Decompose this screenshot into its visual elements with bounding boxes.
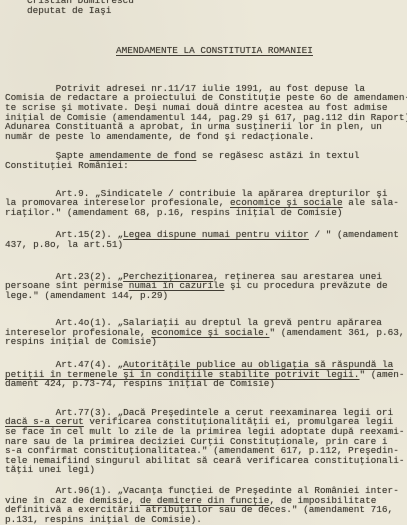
- text-line: lege." (amendament 144, p.29): [5, 291, 407, 301]
- underlined-text: Legea dispune numai pentru viitor: [123, 229, 309, 240]
- article-96: Art.96(1). „Vacanţa funcţiei de Preşedin…: [5, 486, 407, 524]
- underlined-text: economice şi sociale.: [151, 327, 269, 338]
- article-40: Art.4o(1). „Salariaţii au dreptul la gre…: [5, 318, 407, 347]
- text-line: dament 424, p.73-74, respins iniţial de …: [5, 379, 407, 389]
- text-line: număr de peste lo amendamente, de fond ş…: [5, 132, 407, 142]
- page: Cristian Dumitrescu deputat de Iaşi AMEN…: [0, 0, 407, 521]
- article-9: Art.9. „Sindicatele / contribuie la apăr…: [5, 189, 407, 218]
- article-77: Art.77(3). „Dacă Preşedintele a cerut re…: [5, 408, 407, 475]
- text-segment: " (amen-: [359, 369, 404, 380]
- article-15: Art.15(2). „Legea dispune numai pentru v…: [5, 230, 407, 249]
- text-segment: număr de peste lo amendamente, de fond ş…: [5, 131, 314, 142]
- text-line: riaţilor." (amendament 68, p.16, respins…: [5, 208, 407, 218]
- text-segment: ale sala-: [343, 197, 399, 208]
- article-23: Art.23(2). „Percheziţionarea, reţinerea …: [5, 272, 407, 301]
- text-segment: tăţii unei legi): [5, 464, 95, 475]
- text-segment: 437, p.8o, la art.51): [5, 239, 123, 250]
- text-line: 437, p.8o, la art.51): [5, 240, 407, 250]
- document-blocks: Potrivit adresei nr.11/17 iulie 1991, au…: [5, 84, 407, 525]
- text-line: tăţii unei legi): [5, 465, 407, 475]
- lead-in: Şapte amendamente de fond se regăsesc as…: [5, 151, 407, 170]
- author-role: deputat de Iaşi: [27, 6, 407, 16]
- intro: Potrivit adresei nr.11/17 iulie 1991, au…: [5, 84, 407, 142]
- text-segment: Constituţiei României:: [5, 160, 129, 171]
- text-segment: se regăsesc astăzi în textul: [196, 150, 359, 161]
- text-line: p.131, respins iniţial de Comisie).: [5, 515, 407, 525]
- text-segment: / " (amendament: [309, 229, 399, 240]
- text-segment: respins iniţial de Comisie): [5, 336, 157, 347]
- text-segment: riaţilor." (amendament 68, p.16, respins…: [5, 207, 343, 218]
- text-segment: " (amendament 361, p.63,: [269, 327, 404, 338]
- text-segment: lege." (amendament 144, p.29): [5, 290, 168, 301]
- text-segment: p.131, respins iniţial de Comisie).: [5, 514, 202, 525]
- header: Cristian Dumitrescu deputat de Iaşi: [5, 0, 407, 15]
- article-47: Art.47(4). „Autorităţile publice au obli…: [5, 360, 407, 389]
- text-line: Constituţiei României:: [5, 161, 407, 171]
- text-segment: şi cu procedura prevăzute de: [224, 280, 387, 291]
- page-title: AMENDAMENTE LA CONSTITUTIA ROMANIEI: [116, 46, 313, 56]
- text-line: respins iniţial de Comisie): [5, 337, 407, 347]
- text-segment: dament 424, p.73-74, respins iniţial de …: [5, 378, 275, 389]
